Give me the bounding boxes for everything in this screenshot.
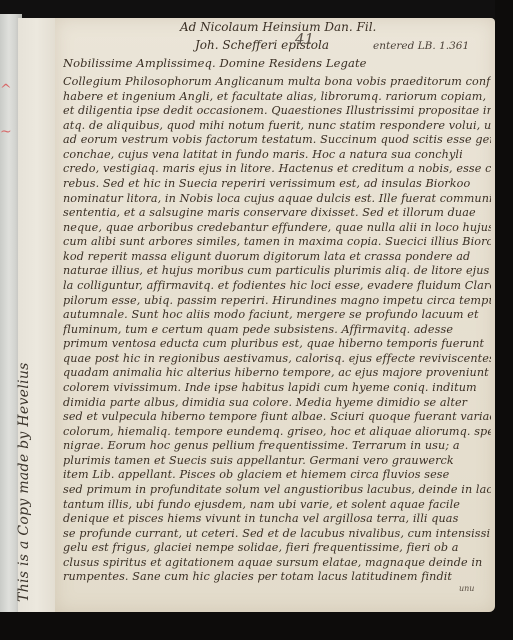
manuscript-page: Ad Nicolaum Heinsium Dan. Fil. Joh. Sche… bbox=[55, 18, 495, 612]
red-mark-icon: ^ bbox=[0, 84, 10, 96]
letter-line: Collegium Philosophorum Anglicanum multa… bbox=[63, 74, 491, 90]
letter-line: atq. de aliquibus, quod mihi notum fueri… bbox=[63, 118, 491, 134]
letter-line: credo, vestigiaq. maris ejus in litore. … bbox=[63, 161, 491, 177]
letter-line: autumnale. Sunt hoc aliis modo faciunt, … bbox=[63, 307, 491, 323]
red-mark-icon: ~ bbox=[0, 126, 10, 138]
letter-line: fluminum, tum e certum quam pede subsist… bbox=[63, 322, 491, 338]
letter-line: quadam animalia hic alterius hiberno tem… bbox=[63, 365, 491, 381]
entered-note: entered LB. 1.361 bbox=[373, 40, 469, 52]
letter-line: sed primum in profunditate solum vel ang… bbox=[63, 482, 491, 498]
scan-background-bottom bbox=[0, 612, 513, 640]
letter-line: colorem vivissimum. Inde ipse habitus la… bbox=[63, 380, 491, 396]
letter-line: denique et pisces hiems vivunt in tuncha… bbox=[63, 511, 491, 527]
letter-line: colorum, hiemaliq. tempore eundemq. gris… bbox=[63, 424, 491, 440]
letter-line: naturae illius, et hujus moribus cum par… bbox=[63, 263, 491, 279]
letter-line: se profunde currant, ut ceteri. Sed et d… bbox=[63, 526, 491, 542]
letter-line: sententia, et a salsugine maris conserva… bbox=[63, 205, 491, 221]
letter-line: rebus. Sed et hic in Suecia reperiri ver… bbox=[63, 176, 491, 192]
letter-line: et diligentia ipse dedit occasionem. Qua… bbox=[63, 103, 491, 119]
letter-line: la colliguntur, affirmavitq. et fodiente… bbox=[63, 278, 491, 294]
letter-line: sed et vulpecula hiberno tempore fiunt a… bbox=[63, 409, 491, 425]
margin-note: This is a Copy made by Hevelius bbox=[16, 202, 42, 610]
letter-line: ad eorum vestrum vobis factorum testatum… bbox=[63, 132, 491, 148]
catchword: unu bbox=[459, 584, 474, 593]
salutation: Nobilissime Amplissimeq. Domine Residens… bbox=[63, 55, 491, 71]
scan-background-top bbox=[0, 0, 513, 18]
letter-line: rumpentes. Sane cum hic glacies per tota… bbox=[63, 569, 491, 585]
folio-number: 41 bbox=[295, 30, 314, 48]
scan-background-right bbox=[495, 0, 513, 640]
letter-line: neque, quae arboribus credebantur effund… bbox=[63, 220, 491, 236]
letter-line: primum ventosa educta cum pluribus est, … bbox=[63, 336, 491, 352]
letter-line: item Lib. appellant. Pisces ob glaciem e… bbox=[63, 467, 491, 483]
letter-line: gelu est frigus, glaciei nempe solidae, … bbox=[63, 540, 491, 556]
header-addressee: Ad Nicolaum Heinsium Dan. Fil. bbox=[180, 20, 376, 34]
letter-line: nigrae. Eorum hoc genus pellium frequent… bbox=[63, 438, 491, 454]
letter-line: cum alibi sunt arbores similes, tamen in… bbox=[63, 234, 491, 250]
